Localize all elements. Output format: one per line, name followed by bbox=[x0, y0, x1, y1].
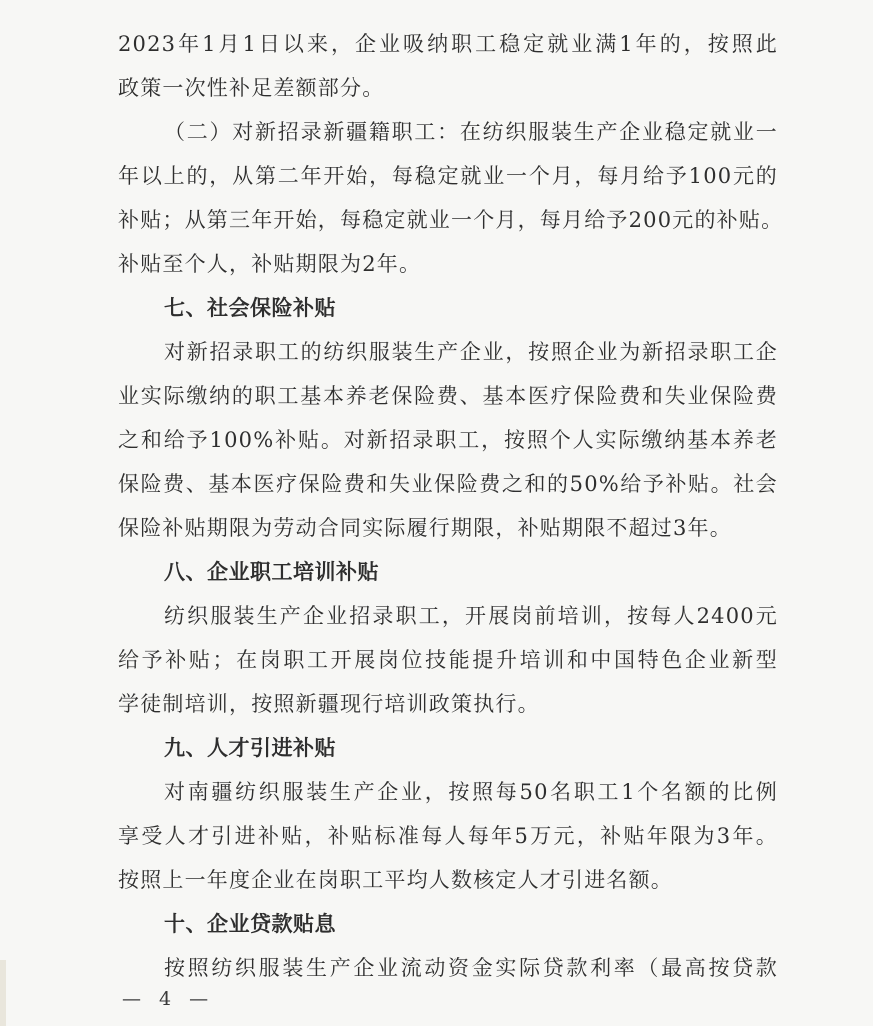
section-heading-loan-interest: 十、企业贷款贴息 bbox=[118, 902, 778, 946]
paragraph-line: 享受人才引进补贴，补贴标准每人每年5万元，补贴年限为3年。 bbox=[118, 814, 778, 858]
paragraph-line: 补贴至个人，补贴期限为2年。 bbox=[118, 242, 778, 286]
paragraph-line: （二）对新招录新疆籍职工：在纺织服装生产企业稳定就业一 bbox=[118, 110, 778, 154]
document-page: 2023年1月1日以来，企业吸纳职工稳定就业满1年的，按照此 政策一次性补足差额… bbox=[118, 22, 778, 990]
paragraph-line: 按照上一年度企业在岗职工平均人数核定人才引进名额。 bbox=[118, 858, 778, 902]
paragraph-line: 补贴；从第三年开始，每稳定就业一个月，每月给予200元的补贴。 bbox=[118, 198, 778, 242]
paragraph-line: 年以上的，从第二年开始，每稳定就业一个月，每月给予100元的 bbox=[118, 154, 778, 198]
paragraph-line: 按照纺织服装生产企业流动资金实际贷款利率（最高按贷款 bbox=[118, 946, 778, 990]
paragraph-line: 给予补贴；在岗职工开展岗位技能提升培训和中国特色企业新型 bbox=[118, 638, 778, 682]
page-number: — 4 — bbox=[122, 988, 214, 1010]
paragraph-line: 对新招录职工的纺织服装生产企业，按照企业为新招录职工企 bbox=[118, 330, 778, 374]
section-heading-training-subsidy: 八、企业职工培训补贴 bbox=[118, 550, 778, 594]
paragraph-line: 政策一次性补足差额部分。 bbox=[118, 66, 778, 110]
section-heading-talent-subsidy: 九、人才引进补贴 bbox=[118, 726, 778, 770]
paragraph-line: 2023年1月1日以来，企业吸纳职工稳定就业满1年的，按照此 bbox=[118, 22, 778, 66]
paragraph-line: 之和给予100%补贴。对新招录职工，按照个人实际缴纳基本养老 bbox=[118, 418, 778, 462]
section-heading-social-insurance: 七、社会保险补贴 bbox=[118, 286, 778, 330]
paragraph-line: 保险补贴期限为劳动合同实际履行期限，补贴期限不超过3年。 bbox=[118, 506, 778, 550]
scan-edge-shadow bbox=[0, 960, 6, 1026]
paragraph-line: 学徒制培训，按照新疆现行培训政策执行。 bbox=[118, 682, 778, 726]
paragraph-line: 业实际缴纳的职工基本养老保险费、基本医疗保险费和失业保险费 bbox=[118, 374, 778, 418]
paragraph-line: 保险费、基本医疗保险费和失业保险费之和的50%给予补贴。社会 bbox=[118, 462, 778, 506]
paragraph-line: 纺织服装生产企业招录职工，开展岗前培训，按每人2400元 bbox=[118, 594, 778, 638]
paragraph-line: 对南疆纺织服装生产企业，按照每50名职工1个名额的比例 bbox=[118, 770, 778, 814]
